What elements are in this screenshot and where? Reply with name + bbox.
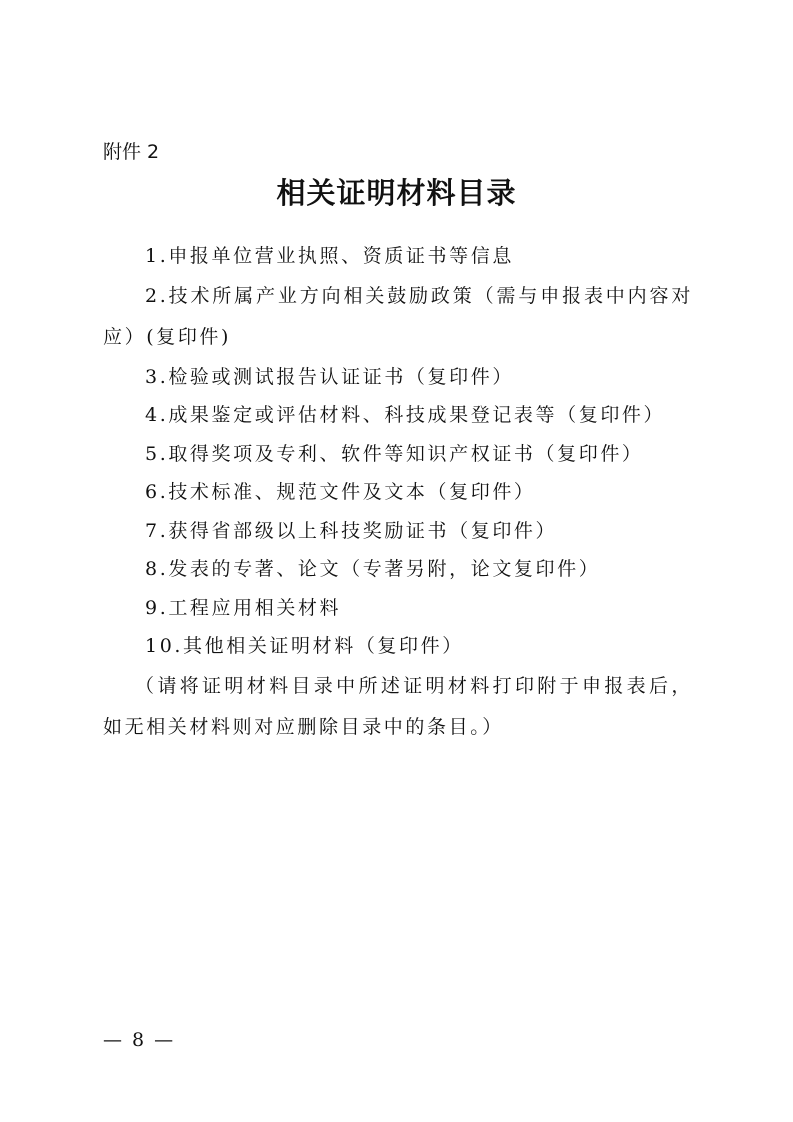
- list-item: 7.获得省部级以上科技奖励证书（复印件）: [103, 512, 693, 551]
- list-item: 5.取得奖项及专利、软件等知识产权证书（复印件）: [103, 435, 693, 474]
- materials-list: 1.申报单位营业执照、资质证书等信息 2.技术所属产业方向相关鼓励政策（需与申报…: [103, 237, 693, 748]
- page-number: — 8 —: [103, 1028, 175, 1052]
- instruction-note: （请将证明材料目录中所述证明材料打印附于申报表后，如无相关材料则对应删除目录中的…: [103, 666, 693, 748]
- list-item: 2.技术所属产业方向相关鼓励政策（需与申报表中内容对应）(复印件): [103, 276, 693, 358]
- list-item: 3.检验或测试报告认证证书（复印件）: [103, 358, 693, 397]
- attachment-label: 附件 2: [103, 140, 159, 164]
- list-item: 10.其他相关证明材料（复印件）: [103, 627, 693, 666]
- list-item: 6.技术标准、规范文件及文本（复印件）: [103, 473, 693, 512]
- list-item: 4.成果鉴定或评估材料、科技成果登记表等（复印件）: [103, 396, 693, 435]
- list-item: 9.工程应用相关材料: [103, 589, 693, 628]
- list-item: 1.申报单位营业执照、资质证书等信息: [103, 237, 693, 276]
- list-item: 8.发表的专著、论文（专著另附，论文复印件）: [103, 550, 693, 589]
- page-title: 相关证明材料目录: [0, 173, 793, 213]
